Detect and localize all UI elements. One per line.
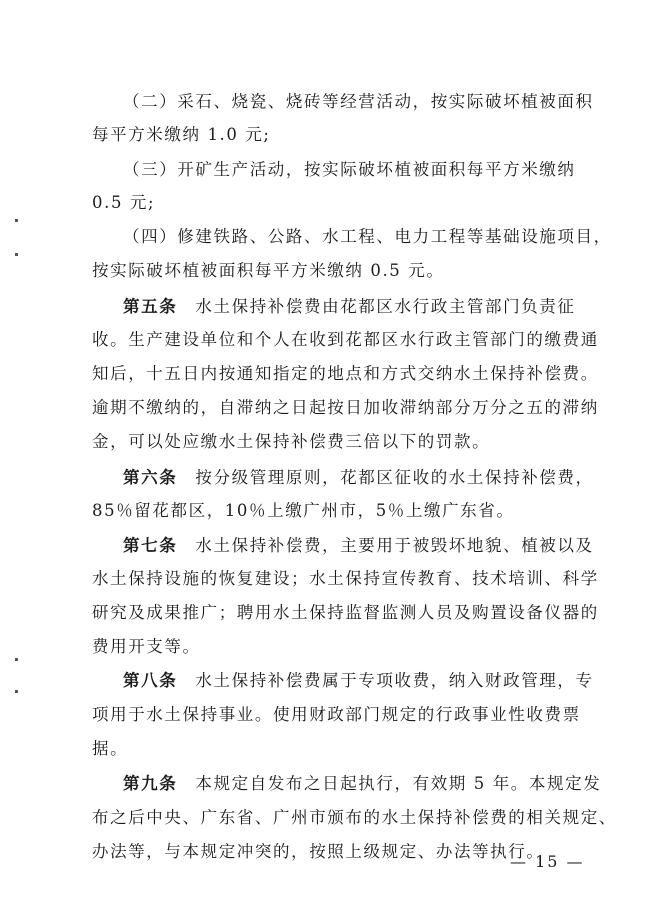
line-text: （三）开矿生产活动，按实际破坏植被面积每平方米缴纳	[123, 160, 576, 179]
article-heading: 第九条	[123, 774, 177, 793]
text-line: 费用开支等。	[92, 637, 572, 657]
line-text: 办法等，与本规定冲突的，按照上级规定、办法等执行。	[92, 842, 545, 861]
line-text: 水土保持补偿费属于专项收费，纳入财政管理，专	[177, 671, 593, 690]
article-heading: 第六条	[123, 468, 177, 487]
binding-mark	[15, 253, 18, 256]
line-text: 85％留花都区，10％上缴广州市，5％上缴广东省。	[92, 501, 515, 520]
text-line: （二）采石、烧瓷、烧砖等经营活动，按实际破坏植被面积	[123, 92, 573, 112]
text-line: 85％留花都区，10％上缴广州市，5％上缴广东省。	[92, 501, 572, 521]
line-text: 按分级管理原则，花都区征收的水土保持补偿费，	[177, 468, 593, 487]
line-text: 金，可以处应缴水土保持补偿费三倍以下的罚款。	[92, 432, 490, 451]
line-text: 水土保持设施的恢复建设；水土保持宣传教育、技术培训、科学	[92, 569, 599, 588]
binding-mark	[15, 219, 18, 222]
binding-mark	[15, 690, 18, 693]
line-text: 水土保持补偿费由花都区水行政主管部门负责征	[177, 297, 575, 316]
line-text: 0.5 元;	[92, 193, 155, 212]
text-line: 项用于水土保持事业。使用财政部门规定的行政事业性收费票	[92, 705, 572, 725]
page-number: — 15 —	[510, 852, 585, 871]
binding-mark	[15, 658, 18, 661]
text-line: 第八条 水土保持补偿费属于专项收费，纳入财政管理，专	[123, 671, 573, 691]
line-text: 项用于水土保持事业。使用财政部门规定的行政事业性收费票	[92, 705, 581, 724]
line-text: 本规定自发布之日起执行，有效期 5 年。本规定发	[177, 774, 601, 793]
text-line: （四）修建铁路、公路、水工程、电力工程等基础设施项目，	[123, 227, 573, 247]
line-text: 水土保持补偿费，主要用于被毁坏地貌、植被以及	[177, 536, 593, 555]
article-heading: 第五条	[123, 297, 177, 316]
text-line: 金，可以处应缴水土保持补偿费三倍以下的罚款。	[92, 432, 572, 452]
article-heading: 第七条	[123, 536, 177, 555]
text-line: 0.5 元;	[92, 193, 572, 213]
document-page: （二）采石、烧瓷、烧砖等经营活动，按实际破坏植被面积每平方米缴纳 1.0 元;（…	[0, 0, 650, 920]
text-line: 每平方米缴纳 1.0 元;	[92, 125, 572, 145]
article-heading: 第八条	[123, 671, 177, 690]
line-text: 据。	[92, 739, 128, 758]
line-text: 费用开支等。	[92, 637, 201, 656]
text-line: 按实际破坏植被面积每平方米缴纳 0.5 元。	[92, 261, 572, 281]
text-line: 收。生产建设单位和个人在收到花都区水行政主管部门的缴费通	[92, 330, 572, 350]
text-line: （三）开矿生产活动，按实际破坏植被面积每平方米缴纳	[123, 160, 573, 180]
text-line: 研究及成果推广；聘用水土保持监督监测人员及购置设备仪器的	[92, 603, 572, 623]
line-text: 知后，十五日内按通知指定的地点和方式交纳水土保持补偿费。	[92, 364, 599, 383]
line-text: （四）修建铁路、公路、水工程、电力工程等基础设施项目，	[123, 227, 612, 246]
text-line: 知后，十五日内按通知指定的地点和方式交纳水土保持补偿费。	[92, 364, 572, 384]
line-text: 按实际破坏植被面积每平方米缴纳 0.5 元。	[92, 261, 444, 280]
text-line: 第七条 水土保持补偿费，主要用于被毁坏地貌、植被以及	[123, 536, 573, 556]
text-line: 第九条 本规定自发布之日起执行，有效期 5 年。本规定发	[123, 774, 573, 794]
text-line: 第六条 按分级管理原则，花都区征收的水土保持补偿费，	[123, 468, 573, 488]
text-line: 水土保持设施的恢复建设；水土保持宣传教育、技术培训、科学	[92, 569, 572, 589]
text-line: 布之后中央、广东省、广州市颁布的水土保持补偿费的相关规定、	[92, 808, 572, 828]
line-text: 研究及成果推广；聘用水土保持监督监测人员及购置设备仪器的	[92, 603, 599, 622]
line-text: 每平方米缴纳 1.0 元;	[92, 125, 271, 144]
line-text: （二）采石、烧瓷、烧砖等经营活动，按实际破坏植被面积	[123, 92, 594, 111]
text-line: 逾期不缴纳的，自滞纳之日起按日加收滞纳部分万分之五的滞纳	[92, 398, 572, 418]
line-text: 逾期不缴纳的，自滞纳之日起按日加收滞纳部分万分之五的滞纳	[92, 398, 599, 417]
line-text: 布之后中央、广东省、广州市颁布的水土保持补偿费的相关规定、	[92, 808, 617, 827]
text-line: 据。	[92, 739, 572, 759]
line-text: 收。生产建设单位和个人在收到花都区水行政主管部门的缴费通	[92, 330, 599, 349]
text-line: 办法等，与本规定冲突的，按照上级规定、办法等执行。	[92, 842, 572, 862]
text-line: 第五条 水土保持补偿费由花都区水行政主管部门负责征	[123, 297, 573, 317]
